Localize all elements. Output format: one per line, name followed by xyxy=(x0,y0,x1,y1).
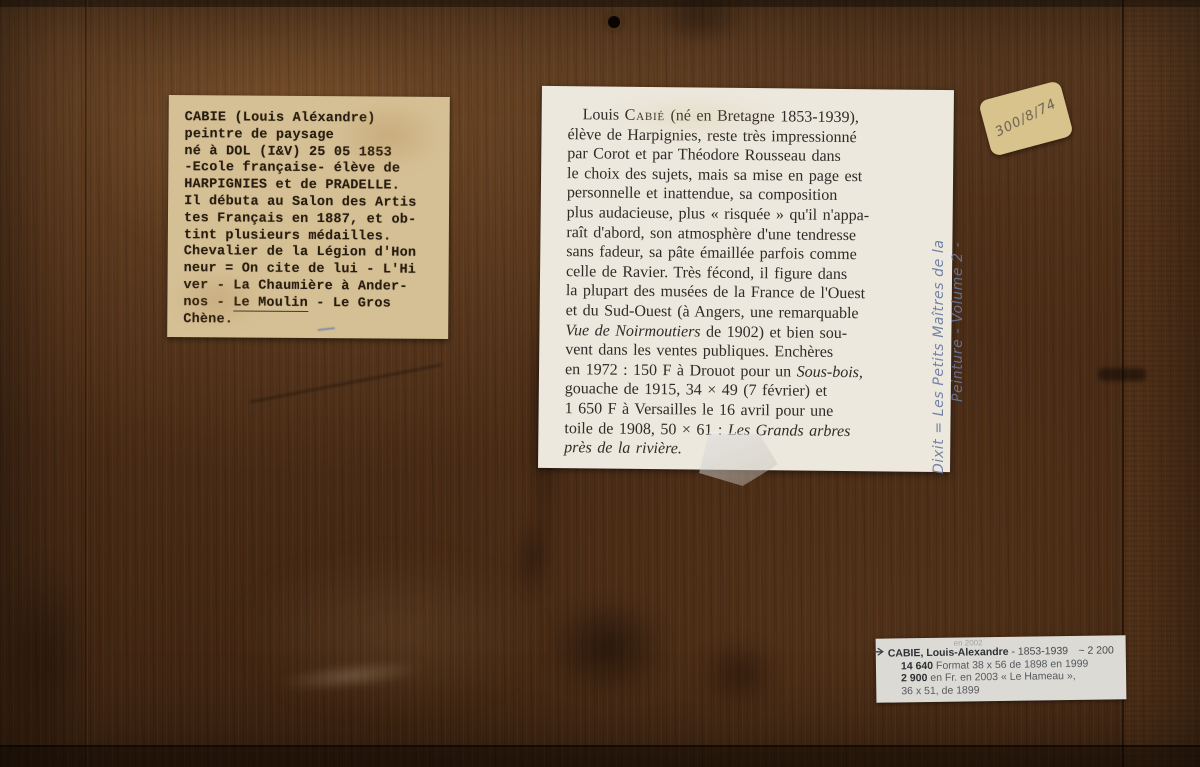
printed-catalogue-label: Louis Cabié (né en Bretagne 1853-1939), … xyxy=(538,86,954,472)
label-line: tes Français en 1887, et ob- xyxy=(184,211,445,230)
panel-right-board xyxy=(1122,0,1200,767)
panel-top-edge xyxy=(0,0,1200,7)
label-line: 36 x 51, de 1899 xyxy=(888,682,1118,698)
panel-bottom-board xyxy=(0,745,1200,767)
typewritten-biography-label: CABIE (Louis Aléxandre) peintre de paysa… xyxy=(167,95,450,339)
label-line: HARPIGNIES et de PRADELLE. xyxy=(184,177,445,196)
sticker-number: 300/8/74 xyxy=(993,97,1059,141)
screw-hole xyxy=(608,16,620,28)
arrow-mark-icon xyxy=(873,646,885,662)
paper-stain xyxy=(333,100,443,171)
auction-record-label: en 2002 CABIE, Louis-Alexandre - 1853-19… xyxy=(876,635,1127,702)
panel-left-seam xyxy=(85,0,88,767)
blue-ink-mark xyxy=(317,319,335,331)
artist-name: CABIE, Louis-Alexandre xyxy=(888,646,1009,660)
paper-stain xyxy=(171,269,261,330)
artwork-title-italic: Sous-bois, xyxy=(797,363,863,381)
price-estimate: ~ 2 200 xyxy=(1078,644,1114,657)
artwork-title-italic: Vue de Noirmoutiers xyxy=(565,322,700,340)
label-line: Il débuta au Salon des Artis xyxy=(184,194,445,213)
painting-verso-photo: CABIE (Louis Aléxandre) peintre de paysa… xyxy=(0,0,1200,767)
label-line: Chevalier de la Légion d'Hon xyxy=(184,245,445,264)
